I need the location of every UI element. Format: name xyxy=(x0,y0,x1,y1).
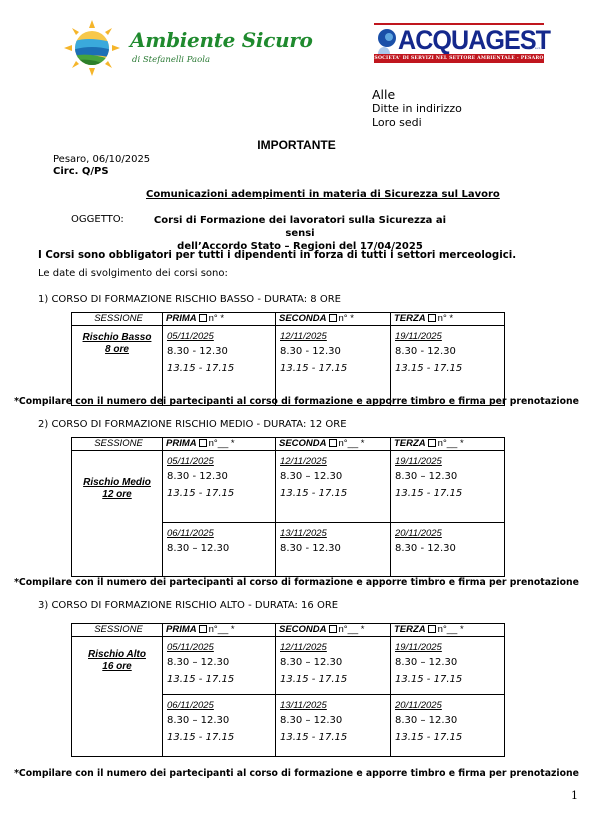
header-seconda: SECONDAn° * xyxy=(276,313,391,326)
schedule-table: SESSIONEPRIMAn°__ *SECONDAn°__ *TERZAn°_… xyxy=(71,623,505,757)
session-date: 20/11/2025 xyxy=(395,699,504,712)
mandatory-statement: I Corsi sono obbligatori per tutti i dip… xyxy=(38,250,516,261)
morning-time: 8.30 - 12.30 xyxy=(280,343,390,361)
header-prima: PRIMAn° * xyxy=(163,313,276,326)
brand-subtitle: di Stefanelli Paola xyxy=(132,55,210,65)
brand-title: Ambiente Sicuro xyxy=(130,28,313,52)
addressee-line-1: Alle xyxy=(372,88,462,102)
place-date: Pesaro, 06/10/2025 xyxy=(53,153,150,166)
afternoon-time: 13.15 - 17.15 xyxy=(167,361,275,377)
morning-time: 8.30 – 12.30 xyxy=(167,654,275,672)
header-prima: PRIMAn°__ * xyxy=(163,624,276,637)
risk-level-hours: 16 ore xyxy=(72,661,162,673)
risk-level-cell: Rischio Alto16 ore xyxy=(72,637,163,757)
session-slot: 06/11/20258.30 – 12.3013.15 - 17.15 xyxy=(163,695,276,757)
session-label: SECONDA xyxy=(279,624,327,635)
participants-count-field[interactable]: n°__ * xyxy=(209,438,235,449)
checkbox-prima[interactable] xyxy=(199,314,207,322)
afternoon-time: 13.15 - 17.15 xyxy=(167,486,275,502)
session-label: TERZA xyxy=(394,624,426,635)
course-title: 2) CORSO DI FORMAZIONE RISCHIO MEDIO - D… xyxy=(38,419,347,430)
session-label: PRIMA xyxy=(166,313,197,324)
session-slot: 06/11/20258.30 – 12.30 xyxy=(163,523,276,577)
session-date: 19/11/2025 xyxy=(395,641,504,654)
afternoon-time: 13.15 - 17.15 xyxy=(395,730,504,746)
acquagest-name: ACQUAGEST xyxy=(398,24,550,56)
addressee-line-3: Loro sedi xyxy=(372,116,462,130)
session-date: 05/11/2025 xyxy=(167,330,275,343)
session-label: SECONDA xyxy=(279,438,327,449)
header-terza: TERZAn°__ * xyxy=(391,438,505,451)
participants-count-field[interactable]: n°__ * xyxy=(209,624,235,635)
morning-time: 8.30 – 12.30 xyxy=(280,712,390,730)
session-header: SESSIONE xyxy=(72,313,163,326)
table-header-row: SESSIONEPRIMAn°__ *SECONDAn°__ *TERZAn°_… xyxy=(72,438,505,451)
schedule-table: SESSIONEPRIMAn°__ *SECONDAn°__ *TERZAn°_… xyxy=(71,437,505,577)
session-label: TERZA xyxy=(394,313,426,324)
sun-wave-logo-icon xyxy=(64,20,120,76)
session-date: 20/11/2025 xyxy=(395,527,504,540)
session-slot: 19/11/20258.30 – 12.3013.15 - 17.15 xyxy=(391,451,505,523)
header-seconda: SECONDAn°__ * xyxy=(276,624,391,637)
risk-level-name: Rischio Basso xyxy=(72,332,162,344)
risk-level-cell: Rischio Medio12 ore xyxy=(72,451,163,577)
session-slot: 13/11/20258.30 - 12.30 xyxy=(276,523,391,577)
morning-time: 8.30 – 12.30 xyxy=(167,712,275,730)
session-slot: 19/11/20258.30 - 12.3013.15 - 17.15 xyxy=(391,326,505,406)
session-date: 05/11/2025 xyxy=(167,455,275,468)
risk-level-hours: 12 ore xyxy=(72,489,162,501)
morning-time: 8.30 – 12.30 xyxy=(280,654,390,672)
morning-time: 8.30 - 12.30 xyxy=(167,343,275,361)
session-slot: 05/11/20258.30 – 12.3013.15 - 17.15 xyxy=(163,637,276,695)
participants-count-field[interactable]: n° * xyxy=(438,313,453,324)
session-slot: 05/11/20258.30 - 12.3013.15 - 17.15 xyxy=(163,326,276,406)
booking-instruction-note: *Compilare con il numero dei partecipant… xyxy=(0,577,593,588)
header-seconda: SECONDAn°__ * xyxy=(276,438,391,451)
participants-count-field[interactable]: n° * xyxy=(209,313,224,324)
addressee-line-2: Ditte in indirizzo xyxy=(372,102,462,116)
session-slot: 20/11/20258.30 – 12.3013.15 - 17.15 xyxy=(391,695,505,757)
session-date: 19/11/2025 xyxy=(395,455,504,468)
checkbox-terza[interactable] xyxy=(428,439,436,447)
booking-instruction-note: *Compilare con il numero dei partecipant… xyxy=(0,396,593,407)
checkbox-seconda[interactable] xyxy=(329,314,337,322)
morning-time: 8.30 - 12.30 xyxy=(395,540,504,558)
session-slot: 05/11/20258.30 - 12.3013.15 - 17.15 xyxy=(163,451,276,523)
afternoon-time: 13.15 - 17.15 xyxy=(280,730,390,746)
session-header: SESSIONE xyxy=(72,624,163,637)
course-title: 3) CORSO DI FORMAZIONE RISCHIO ALTO - DU… xyxy=(38,600,338,611)
session-date: 13/11/2025 xyxy=(280,699,390,712)
checkbox-prima[interactable] xyxy=(199,439,207,447)
session-header: SESSIONE xyxy=(72,438,163,451)
morning-time: 8.30 – 12.30 xyxy=(395,468,504,486)
checkbox-seconda[interactable] xyxy=(329,625,337,633)
morning-time: 8.30 - 12.30 xyxy=(395,343,504,361)
session-date: 06/11/2025 xyxy=(167,699,275,712)
risk-level-name: Rischio Alto xyxy=(72,649,162,661)
checkbox-terza[interactable] xyxy=(428,314,436,322)
acquagest-tagline: SOCIETA' DI SERVIZI NEL SETTORE AMBIENTA… xyxy=(374,54,544,63)
risk-level-hours: 8 ore xyxy=(72,344,162,356)
participants-count-field[interactable]: n°__ * xyxy=(339,438,365,449)
session-date: 05/11/2025 xyxy=(167,641,275,654)
course-title: 1) CORSO DI FORMAZIONE RISCHIO BASSO - D… xyxy=(38,294,341,305)
subject-line-1: Corsi di Formazione dei lavoratori sulla… xyxy=(150,214,450,240)
session-label: PRIMA xyxy=(166,624,197,635)
page-number: 1 xyxy=(571,789,578,802)
session-date: 13/11/2025 xyxy=(280,527,390,540)
session-slot: 19/11/20258.30 – 12.3013.15 - 17.15 xyxy=(391,637,505,695)
booking-instruction-note: *Compilare con il numero dei partecipant… xyxy=(0,768,593,779)
checkbox-seconda[interactable] xyxy=(329,439,337,447)
morning-time: 8.30 – 12.30 xyxy=(395,654,504,672)
session-date: 06/11/2025 xyxy=(167,527,275,540)
communication-title: Comunicazioni adempimenti in materia di … xyxy=(146,189,500,200)
risk-level-name: Rischio Medio xyxy=(72,477,162,489)
participants-count-field[interactable]: n° * xyxy=(339,313,354,324)
session-label: PRIMA xyxy=(166,438,197,449)
afternoon-time: 13.15 - 17.15 xyxy=(280,486,390,502)
afternoon-time: 13.15 - 17.15 xyxy=(280,672,390,688)
session-slot: 13/11/20258.30 – 12.3013.15 - 17.15 xyxy=(276,695,391,757)
session-date: 12/11/2025 xyxy=(280,330,390,343)
addressee-block: Alle Ditte in indirizzo Loro sedi xyxy=(372,88,462,130)
afternoon-time: 13.15 - 17.15 xyxy=(167,672,275,688)
header-prima: PRIMAn°__ * xyxy=(163,438,276,451)
acquagest-suffix: s.r.l. xyxy=(535,46,541,50)
checkbox-terza[interactable] xyxy=(428,625,436,633)
afternoon-time: 13.15 - 17.15 xyxy=(167,730,275,746)
table-row: Rischio Alto16 ore05/11/20258.30 – 12.30… xyxy=(72,637,505,695)
session-label: TERZA xyxy=(394,438,426,449)
circular-reference: Circ. Q/PS xyxy=(53,166,109,177)
header-terza: TERZAn° * xyxy=(391,313,505,326)
session-slot: 12/11/20258.30 - 12.3013.15 - 17.15 xyxy=(276,326,391,406)
schedule-table: SESSIONEPRIMAn° *SECONDAn° *TERZAn° *Ris… xyxy=(71,312,505,406)
session-date: 12/11/2025 xyxy=(280,641,390,654)
table-row: Rischio Basso8 ore05/11/20258.30 - 12.30… xyxy=(72,326,505,406)
morning-time: 8.30 – 12.30 xyxy=(280,468,390,486)
morning-time: 8.30 – 12.30 xyxy=(167,540,275,558)
subject-label: OGGETTO: xyxy=(71,214,124,225)
table-row: Rischio Medio12 ore05/11/20258.30 - 12.3… xyxy=(72,451,505,523)
session-slot: 12/11/20258.30 – 12.3013.15 - 17.15 xyxy=(276,637,391,695)
ambiente-sicuro-logo: Ambiente Sicuro di Stefanelli Paola xyxy=(62,20,277,72)
acquagest-logo: ACQUAGEST s.r.l. SOCIETA' DI SERVIZI NEL… xyxy=(371,22,547,70)
participants-count-field[interactable]: n°__ * xyxy=(339,624,365,635)
afternoon-time: 13.15 - 17.15 xyxy=(395,361,504,377)
dates-intro: Le date di svolgimento dei corsi sono: xyxy=(38,268,228,279)
subject-text: Corsi di Formazione dei lavoratori sulla… xyxy=(150,214,450,253)
participants-count-field[interactable]: n°__ * xyxy=(438,624,464,635)
morning-time: 8.30 - 12.30 xyxy=(167,468,275,486)
afternoon-time: 13.15 - 17.15 xyxy=(395,672,504,688)
risk-level-cell: Rischio Basso8 ore xyxy=(72,326,163,406)
session-label: SECONDA xyxy=(279,313,327,324)
afternoon-time: 13.15 - 17.15 xyxy=(280,361,390,377)
participants-count-field[interactable]: n°__ * xyxy=(438,438,464,449)
importante-heading: IMPORTANTE xyxy=(0,138,593,152)
table-header-row: SESSIONEPRIMAn°__ *SECONDAn°__ *TERZAn°_… xyxy=(72,624,505,637)
session-date: 12/11/2025 xyxy=(280,455,390,468)
session-date: 19/11/2025 xyxy=(395,330,504,343)
checkbox-prima[interactable] xyxy=(199,625,207,633)
afternoon-time: 13.15 - 17.15 xyxy=(395,486,504,502)
session-slot: 12/11/20258.30 – 12.3013.15 - 17.15 xyxy=(276,451,391,523)
header-terza: TERZAn°__ * xyxy=(391,624,505,637)
table-header-row: SESSIONEPRIMAn° *SECONDAn° *TERZAn° * xyxy=(72,313,505,326)
morning-time: 8.30 - 12.30 xyxy=(280,540,390,558)
morning-time: 8.30 – 12.30 xyxy=(395,712,504,730)
session-slot: 20/11/20258.30 - 12.30 xyxy=(391,523,505,577)
